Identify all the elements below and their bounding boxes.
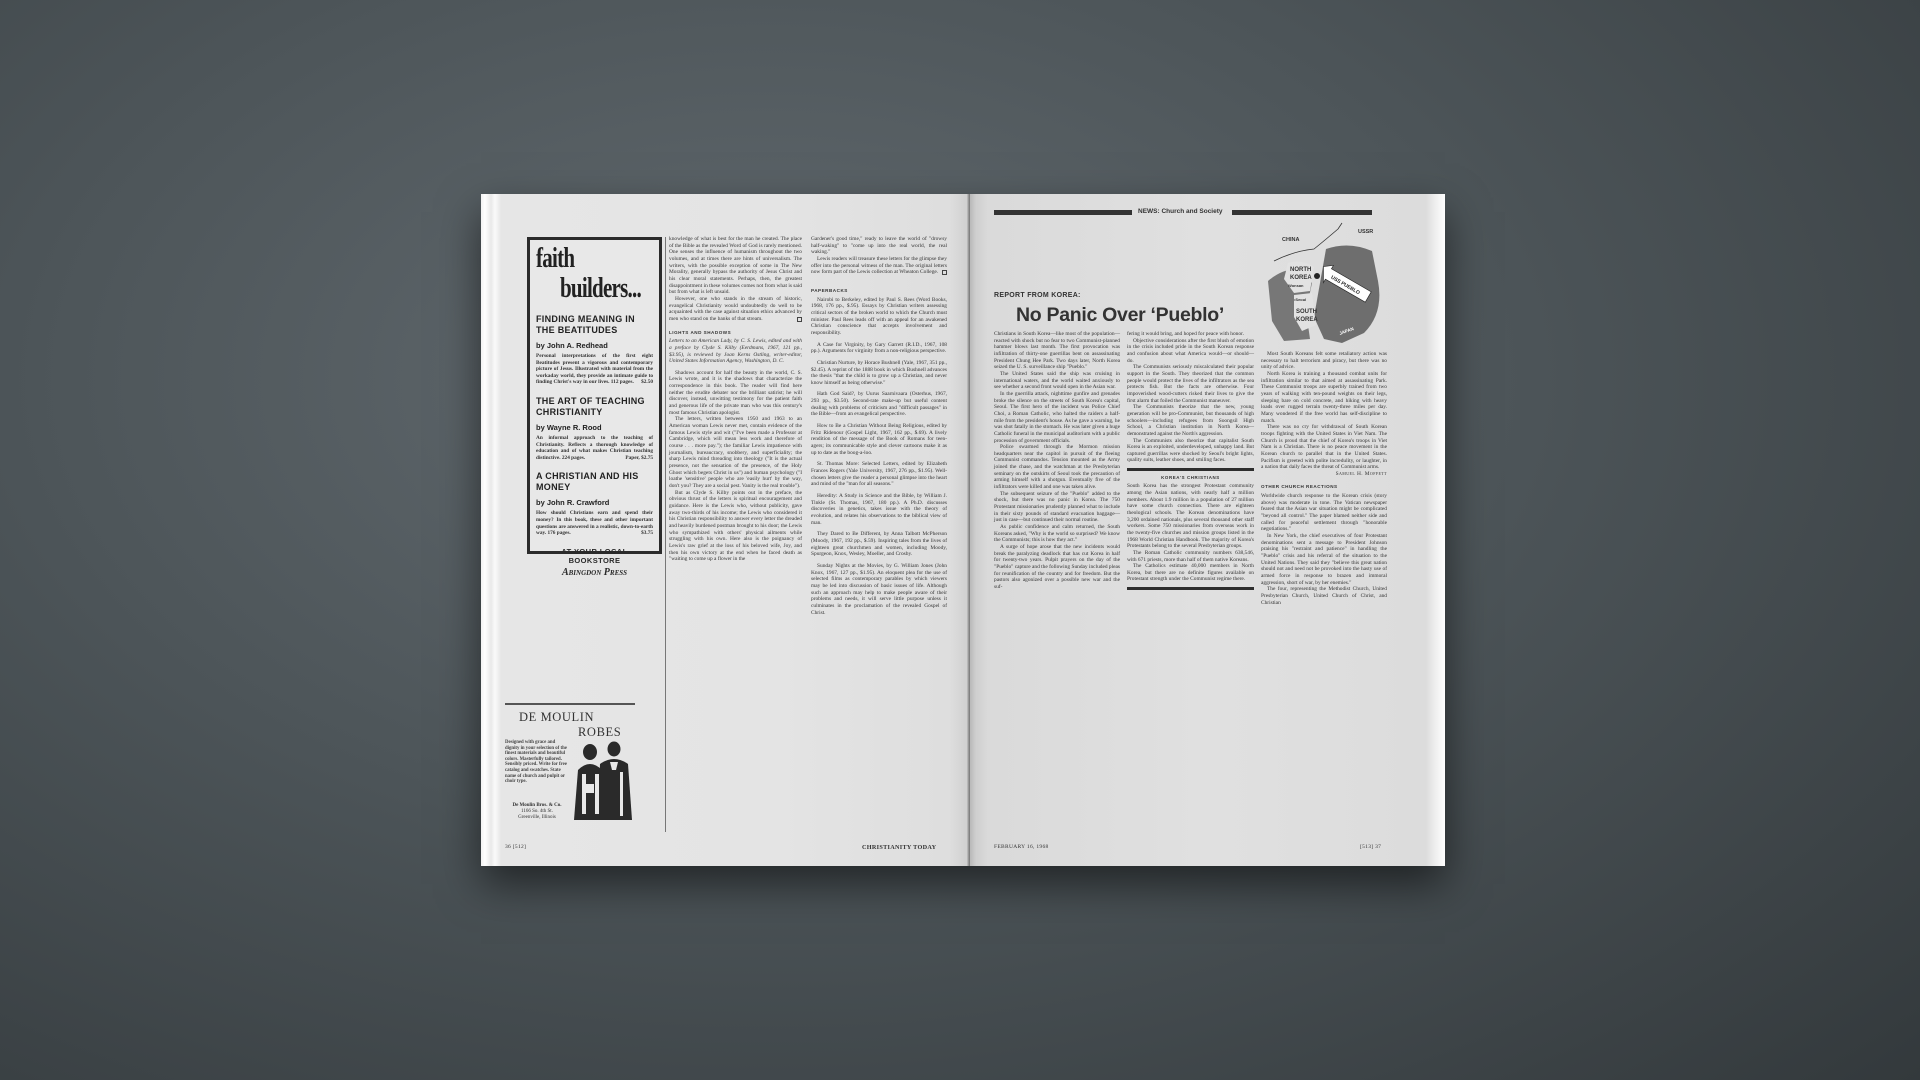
- body-paragraph: The Communists also theorize that capita…: [1127, 438, 1254, 465]
- paperback-entry: Sunday Nights at the Movies, by G. Willi…: [811, 563, 947, 616]
- book-description-text: How should Christians earn and spend the…: [536, 510, 653, 536]
- body-paragraph: Police swarmed through the Mormon missio…: [994, 444, 1120, 491]
- publisher-name: Abingdon Press: [536, 567, 653, 578]
- paperback-entry: Christian Nurture, by Horace Bushnell (Y…: [811, 360, 947, 387]
- body-paragraph: Shadows account for half the beauty in t…: [669, 370, 802, 417]
- ad-divider: [505, 703, 635, 705]
- bookstore-line: AT YOUR LOCAL BOOKSTORE: [536, 547, 653, 565]
- section-heading: LIGHTS AND SHADOWS: [669, 330, 802, 337]
- section-heading: OTHER CHURCH REACTIONS: [1261, 484, 1387, 491]
- korea-map-icon: CHINA USSR NORTH KOREA Wonsan •Seoul SOU…: [1254, 221, 1388, 351]
- header-rule-left: [994, 210, 1132, 215]
- body-paragraph: However, one who stands in the stream of…: [669, 296, 802, 323]
- article-column-a: knowledge of what is best for the man he…: [669, 236, 802, 563]
- body-paragraph: fering it would bring, and hoped for pea…: [1127, 331, 1254, 338]
- article-kicker: REPORT FROM KOREA:: [994, 292, 1081, 299]
- body-paragraph-text: However, one who stands in the stream of…: [669, 296, 802, 322]
- book-description-text: Personal interpretations of the first ei…: [536, 353, 653, 385]
- column-rule: [665, 237, 666, 832]
- svg-text:Wonsan: Wonsan: [1288, 283, 1304, 288]
- book-description: An informal approach to the teaching of …: [536, 435, 653, 461]
- body-paragraph: In New York, the chief executives of fou…: [1261, 533, 1387, 586]
- body-paragraph: The United States said the ship was crui…: [994, 371, 1120, 391]
- box-rule-bottom: [1127, 587, 1254, 590]
- faith-builders-ad: faith builders... FINDING MEANING IN THE…: [527, 237, 662, 554]
- sidebar-box-title: KOREA'S CHRISTIANS: [1127, 475, 1254, 482]
- svg-text:USSR: USSR: [1358, 229, 1373, 235]
- body-paragraph: The Communists seriously miscalculated t…: [1127, 364, 1254, 404]
- svg-text:SOUTH: SOUTH: [1296, 309, 1317, 315]
- review-lead: Letters to an American Lady, by C. S. Le…: [669, 338, 802, 365]
- book-title: FINDING MEANING IN THE BEATITUDES: [536, 314, 653, 336]
- robes-company: De Moulin Bros. & Co. 1166 So. 4th St. G…: [505, 803, 569, 821]
- paperback-entry: A Case for Virginity, by Gary Garrett (R…: [811, 342, 947, 355]
- left-page-folio: 36 [512]: [505, 844, 526, 850]
- body-paragraph: Most South Koreans felt some retaliatory…: [1261, 351, 1387, 371]
- issue-date: FEBRUARY 16, 1968: [994, 844, 1049, 850]
- box-rule-top: [1127, 468, 1254, 471]
- news-column-1: Christians in South Korea—like most of t…: [994, 331, 1120, 591]
- de-moulin-robes-ad: DE MOULIN ROBES Designed with grace and …: [505, 710, 637, 835]
- book-title: THE ART OF TEACHING CHRISTIANITY: [536, 396, 653, 418]
- svg-text:KOREA: KOREA: [1296, 317, 1318, 323]
- paperback-entry: Nairobi to Berkeley, edited by Paul S. R…: [811, 297, 947, 337]
- robes-brand-line1: DE MOULIN: [519, 710, 637, 725]
- body-paragraph: In the guerrilla attack, nighttime gunfi…: [994, 391, 1120, 444]
- book-price: Paper, $2.75: [625, 455, 653, 462]
- book-listing: FINDING MEANING IN THE BEATITUDES by Joh…: [536, 314, 653, 386]
- paperback-entry: Heredity: A Study in Science and the Bib…: [811, 493, 947, 526]
- book-title: A CHRISTIAN AND HIS MONEY: [536, 471, 653, 493]
- body-paragraph: As public confidence and calm returned, …: [994, 524, 1120, 544]
- news-column-3: Most South Koreans felt some retaliatory…: [1261, 351, 1387, 606]
- book-author: by John R. Crawford: [536, 498, 653, 507]
- right-page: NEWS: Church and Society REPORT FROM KOR…: [970, 194, 1445, 866]
- sidebar-paragraph: The Catholics estimate 40,000 members in…: [1127, 563, 1254, 583]
- ad-title-builders: builders...: [560, 274, 630, 304]
- section-header: NEWS: Church and Society: [1138, 208, 1223, 215]
- article-column-b: Gardener's good time," ready to leave th…: [811, 236, 947, 621]
- body-paragraph: Gardener's good time," ready to leave th…: [811, 236, 947, 256]
- body-paragraph: There was no cry for withdrawal of South…: [1261, 424, 1387, 471]
- news-column-2: fering it would bring, and hoped for pea…: [1127, 331, 1254, 594]
- body-paragraph: The Communists theorize that the new, yo…: [1127, 404, 1254, 437]
- book-price: $2.50: [641, 379, 653, 386]
- book-listing: THE ART OF TEACHING CHRISTIANITY by Wayn…: [536, 396, 653, 461]
- svg-text:KOREA: KOREA: [1290, 275, 1312, 281]
- body-paragraph: Christians in South Korea—like most of t…: [994, 331, 1120, 371]
- body-paragraph: North Korea is training a thousand comba…: [1261, 371, 1387, 424]
- book-author: by Wayne R. Rood: [536, 423, 653, 432]
- paperback-entry: Hath God Said?, by Uurus Saarnivaara (Os…: [811, 391, 947, 418]
- robes-brand-line2: ROBES: [578, 725, 637, 740]
- sidebar-paragraph: South Korea has the strongest Protestant…: [1127, 483, 1254, 550]
- body-paragraph: Lewis readers will treasure these letter…: [811, 256, 947, 276]
- right-page-folio: [513] 37: [1360, 844, 1381, 850]
- book-description: Personal interpretations of the first ei…: [536, 353, 653, 386]
- robed-figures-illustration-icon: [568, 740, 634, 820]
- ad-footer: AT YOUR LOCAL BOOKSTORE Abingdon Press: [536, 547, 653, 578]
- section-heading: PAPERBACKS: [811, 288, 947, 295]
- body-paragraph-text: Lewis readers will treasure these letter…: [811, 256, 947, 275]
- svg-text:NORTH: NORTH: [1290, 267, 1311, 273]
- book-description: How should Christians earn and spend the…: [536, 510, 653, 536]
- body-paragraph: A surge of hope arose that the new incid…: [994, 544, 1120, 591]
- header-rule-right: [1232, 210, 1372, 215]
- end-mark-icon: [797, 317, 802, 322]
- body-paragraph: The subsequent seizure of the "Pueblo" a…: [994, 491, 1120, 524]
- article-headline: No Panic Over ‘Pueblo’: [1016, 304, 1224, 327]
- end-mark-icon: [942, 270, 947, 275]
- sidebar-paragraph: The Roman Catholic community numbers 638…: [1127, 550, 1254, 563]
- robes-description: Designed with grace and dignity in your …: [505, 740, 569, 785]
- paperback-entry: How to Be a Christian Without Being Reli…: [811, 423, 947, 456]
- svg-text:CHINA: CHINA: [1282, 237, 1299, 243]
- svg-text:•Seoul: •Seoul: [1294, 297, 1306, 302]
- body-paragraph: The four, representing the Methodist Chu…: [1261, 586, 1387, 606]
- magazine-name-footer: CHRISTIANITY TODAY: [862, 844, 936, 851]
- body-paragraph: knowledge of what is best for the man he…: [669, 236, 802, 296]
- body-paragraph: But as Clyde S. Kilby points out in the …: [669, 490, 802, 563]
- book-listing: A CHRISTIAN AND HIS MONEY by John R. Cra…: [536, 471, 653, 536]
- book-price: $3.75: [641, 530, 653, 537]
- left-page: faith builders... FINDING MEANING IN THE…: [481, 194, 969, 866]
- ad-title-faith: faith: [536, 244, 624, 274]
- magazine-spread: faith builders... FINDING MEANING IN THE…: [481, 194, 1445, 866]
- robes-address-city: Greenville, Illinois: [505, 815, 569, 821]
- body-paragraph: Objective considerations after the first…: [1127, 338, 1254, 365]
- book-author: by John A. Redhead: [536, 341, 653, 350]
- article-byline: Samuel H. Moffett: [1261, 471, 1387, 478]
- paperback-entry: St. Thomas More: Selected Letters, edite…: [811, 461, 947, 488]
- paperback-entry: They Dared to Be Different, by Anna Talb…: [811, 531, 947, 558]
- body-paragraph: Worldwide church response to the Korean …: [1261, 493, 1387, 533]
- body-paragraph: The letters, written between 1950 and 19…: [669, 416, 802, 489]
